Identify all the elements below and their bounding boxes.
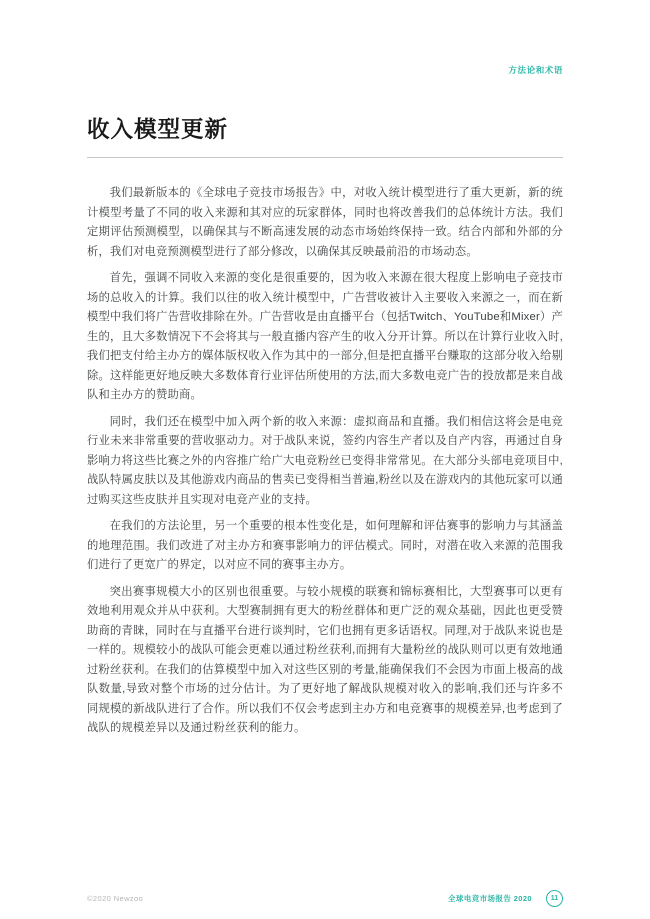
page-footer: ©2020 Newzoo 全球电竞市场报告 2020 11	[87, 890, 563, 907]
page-title: 收入模型更新	[87, 116, 563, 143]
body-paragraph-3: 同时，我们还在模型中加入两个新的收入来源：虚拟商品和直播。我们相信这将会是电竞行…	[87, 413, 563, 511]
body-paragraph-2: 首先，强调不同收入来源的变化是很重要的，因为收入来源在很大程度上影响电子竞技市场…	[87, 269, 563, 406]
page-number-badge: 11	[546, 890, 563, 907]
copyright-text: ©2020 Newzoo	[87, 894, 143, 903]
page-content: 收入模型更新 我们最新版本的《全球电子竞技市场报告》中，对收入统计模型进行了重大…	[87, 116, 563, 739]
footer-right-group: 全球电竞市场报告 2020 11	[448, 890, 563, 907]
body-paragraph-1: 我们最新版本的《全球电子竞技市场报告》中，对收入统计模型进行了重大更新，新的统计…	[87, 184, 563, 262]
body-paragraph-5: 突出赛事规模大小的区别也很重要。与较小规模的联赛和锦标赛相比，大型赛事可以更有效…	[87, 583, 563, 739]
section-label: 方法论和术语	[508, 64, 563, 76]
page-number: 11	[551, 895, 558, 902]
title-divider	[87, 157, 563, 158]
report-page: 方法论和术语 收入模型更新 我们最新版本的《全球电子竞技市场报告》中，对收入统计…	[0, 0, 650, 919]
body-paragraph-4: 在我们的方法论里，另一个重要的根本性变化是，如何理解和评估赛事的影响力与其涵盖的…	[87, 517, 563, 576]
report-title-label: 全球电竞市场报告 2020	[448, 893, 532, 904]
